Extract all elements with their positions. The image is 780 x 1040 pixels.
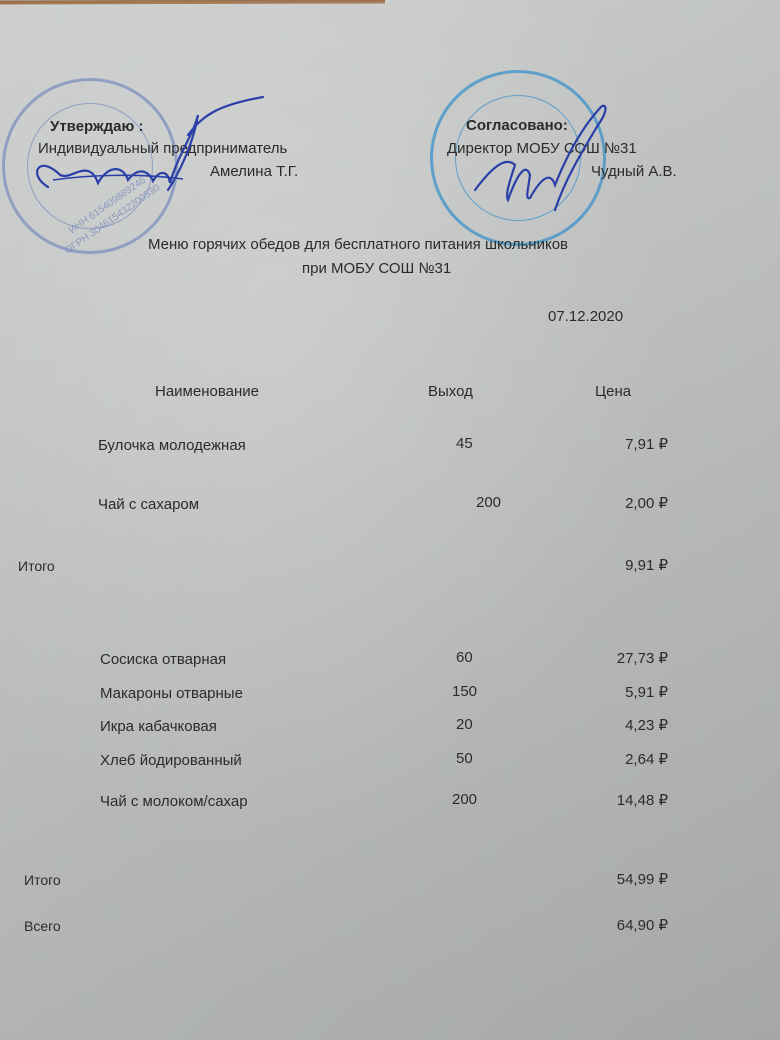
column-header-yield: Выход (428, 383, 473, 400)
column-header-name: Наименование (155, 383, 259, 400)
item-name: Макароны отварные (100, 685, 243, 702)
item-price: 2,64 ₽ (578, 750, 668, 768)
item-yield: 200 (476, 494, 501, 511)
approver-name: Амелина Т.Г. (210, 163, 298, 180)
item-price: 7,91 ₽ (578, 435, 668, 453)
table-edge (0, 0, 385, 5)
item-name: Сосиска отварная (100, 651, 226, 668)
total-price: 54,99 ₽ (578, 870, 668, 888)
agreer-name: Чудный А.В. (591, 163, 677, 180)
item-name: Хлеб йодированный (100, 752, 242, 769)
item-name: Икра кабачковая (100, 718, 217, 735)
item-yield: 50 (456, 750, 473, 767)
right-stamp (430, 70, 606, 246)
grand-total-price: 64,90 ₽ (578, 916, 668, 934)
item-yield: 200 (452, 791, 477, 808)
total-label: Итого (18, 558, 55, 574)
document-title-line2: при МОБУ СОШ №31 (302, 260, 451, 277)
total-label: Итого (24, 872, 61, 888)
item-yield: 20 (456, 716, 473, 733)
approver-position: Индивидуальный предприниматель (38, 140, 287, 157)
agreement-label: Согласовано: (466, 117, 568, 134)
item-price: 2,00 ₽ (578, 494, 668, 512)
document-title-line1: Меню горячих обедов для бесплатного пита… (148, 236, 568, 253)
item-price: 14,48 ₽ (578, 791, 668, 809)
document-date: 07.12.2020 (548, 308, 623, 325)
item-price: 4,23 ₽ (578, 716, 668, 734)
grand-total-label: Всего (24, 918, 61, 934)
item-price: 27,73 ₽ (578, 649, 668, 667)
item-name: Чай с молоком/сахар (100, 793, 248, 810)
column-header-price: Цена (595, 383, 631, 400)
item-name: Чай с сахаром (98, 496, 199, 513)
approval-label: Утверждаю : (50, 118, 143, 135)
agreer-position: Директор МОБУ СОШ №31 (447, 140, 637, 157)
item-price: 5,91 ₽ (578, 683, 668, 701)
item-yield: 60 (456, 649, 473, 666)
total-price: 9,91 ₽ (578, 556, 668, 574)
item-yield: 45 (456, 435, 473, 452)
item-name: Булочка молодежная (98, 437, 246, 454)
item-yield: 150 (452, 683, 477, 700)
